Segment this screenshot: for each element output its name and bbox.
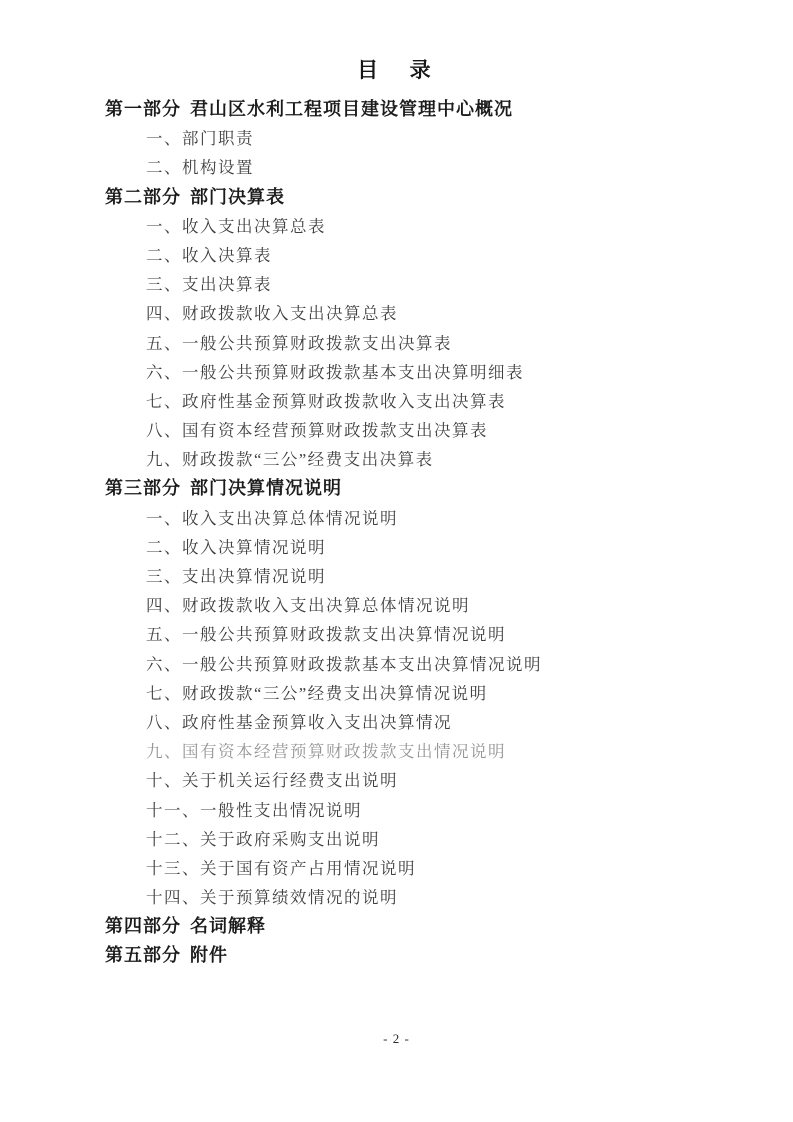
toc-item-2-1: 一、收入支出决算总表 xyxy=(0,212,793,241)
toc-item-3-4: 四、财政拨款收入支出决算总体情况说明 xyxy=(0,591,793,620)
toc-item-1-2: 二、机构设置 xyxy=(0,153,793,182)
document-page: 目 录 第一部分君山区水利工程项目建设管理中心概况 一、部门职责 二、机构设置 … xyxy=(0,0,793,1122)
section-3-label: 第三部分 xyxy=(105,478,181,498)
toc-item-3-6: 六、一般公共预算财政拨款基本支出决算情况说明 xyxy=(0,650,793,679)
toc-item-3-3: 三、支出决算情况说明 xyxy=(0,562,793,591)
section-2-label: 第二部分 xyxy=(105,187,181,207)
toc-item-2-7: 七、政府性基金预算财政拨款收入支出决算表 xyxy=(0,387,793,416)
toc-item-3-9: 九、国有资本经营预算财政拨款支出情况说明 xyxy=(0,737,793,766)
section-2-title: 部门决算表 xyxy=(190,187,285,207)
toc-item-2-6: 六、一般公共预算财政拨款基本支出决算明细表 xyxy=(0,358,793,387)
section-4-heading: 第四部分名词解释 xyxy=(0,912,793,941)
toc-item-2-8: 八、国有资本经营预算财政拨款支出决算表 xyxy=(0,416,793,445)
toc-item-1-1: 一、部门职责 xyxy=(0,124,793,153)
section-4-label: 第四部分 xyxy=(105,916,181,936)
section-1-label: 第一部分 xyxy=(105,99,181,119)
toc-item-3-1: 一、收入支出决算总体情况说明 xyxy=(0,504,793,533)
toc-item-3-5: 五、一般公共预算财政拨款支出决算情况说明 xyxy=(0,620,793,649)
section-4-title: 名词解释 xyxy=(190,916,266,936)
section-5-title: 附件 xyxy=(190,945,228,965)
section-1-heading: 第一部分君山区水利工程项目建设管理中心概况 xyxy=(0,95,793,124)
toc-item-2-5: 五、一般公共预算财政拨款支出决算表 xyxy=(0,329,793,358)
section-1-title: 君山区水利工程项目建设管理中心概况 xyxy=(190,99,513,119)
toc-item-2-2: 二、收入决算表 xyxy=(0,241,793,270)
page-title: 目 录 xyxy=(0,54,793,84)
toc-item-3-7: 七、财政拨款“三公”经费支出决算情况说明 xyxy=(0,679,793,708)
toc-item-2-3: 三、支出决算表 xyxy=(0,270,793,299)
section-5-label: 第五部分 xyxy=(105,945,181,965)
page-number: - 2 - xyxy=(0,1031,793,1047)
toc-item-3-12: 十二、关于政府采购支出说明 xyxy=(0,825,793,854)
toc-item-3-10: 十、关于机关运行经费支出说明 xyxy=(0,766,793,795)
section-3-heading: 第三部分部门决算情况说明 xyxy=(0,474,793,503)
toc-item-3-13: 十三、关于国有资产占用情况说明 xyxy=(0,854,793,883)
section-5-heading: 第五部分附件 xyxy=(0,941,793,970)
section-2-heading: 第二部分部门决算表 xyxy=(0,183,793,212)
toc-item-3-14: 十四、关于预算绩效情况的说明 xyxy=(0,883,793,912)
toc-item-3-2: 二、收入决算情况说明 xyxy=(0,533,793,562)
toc-item-3-11: 十一、一般性支出情况说明 xyxy=(0,796,793,825)
toc-item-3-8: 八、政府性基金预算收入支出决算情况 xyxy=(0,708,793,737)
section-3-title: 部门决算情况说明 xyxy=(190,478,342,498)
toc-item-2-4: 四、财政拨款收入支出决算总表 xyxy=(0,299,793,328)
toc-item-2-9: 九、财政拨款“三公”经费支出决算表 xyxy=(0,445,793,474)
table-of-contents: 第一部分君山区水利工程项目建设管理中心概况 一、部门职责 二、机构设置 第二部分… xyxy=(0,95,793,971)
